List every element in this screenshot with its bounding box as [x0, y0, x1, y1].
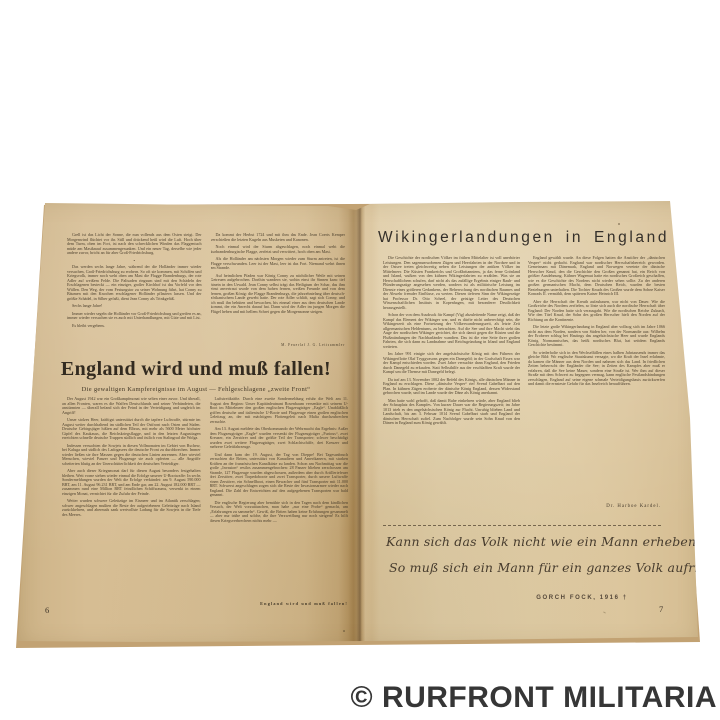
paragraph: Als die Holländer am nächsten Morgen wie… — [211, 257, 346, 271]
top-story: Grell ist das Licht der Sonne, die nun v… — [67, 233, 345, 349]
subtitle-england: Die gewaltigen Kampfereignisse im August… — [44, 386, 348, 393]
page-number-left: 6 — [45, 605, 49, 615]
paragraph: Im Jahre 991 einigte sich der angelsächs… — [383, 352, 520, 375]
wikinger-column-2: England gewählt wurde. An diese Folgen h… — [528, 256, 665, 500]
paragraph: Es bleibt vergebens. — [67, 324, 202, 329]
paragraph: Aber die Herrschaft der Kreuth aufzubaue… — [528, 300, 665, 323]
paragraph: Grell ist das Licht der Sonne, die nun v… — [67, 233, 202, 256]
england-column-1: Der August 1942 war ein Großkampfmonat w… — [62, 397, 201, 601]
paragraph: Indessen versuchten die Sowjets in diese… — [62, 444, 201, 467]
paper-speck — [603, 611, 606, 613]
paragraph: Die englische Regierung aber bemühte sic… — [210, 501, 349, 524]
center-fold — [348, 200, 372, 646]
paragraph: Schon der von dem Ausdruck für Kampf (Vi… — [383, 313, 520, 349]
paragraph: Und dann kam der 19. August, der Tag von… — [210, 453, 349, 498]
top-story-column-1: Grell ist das Licht der Sonne, die nun v… — [67, 233, 202, 349]
paragraph: Die letzte große Wikingerlandung in Engl… — [528, 325, 665, 348]
wikinger-author: Dr. Harboe Kardel. — [383, 504, 661, 509]
paragraph: Weiter wurden schwere Geleitzüge im Eism… — [62, 499, 201, 517]
paragraph: Da traf am 13. November 1002 der Befehl … — [383, 378, 520, 396]
headline-wikinger: Wikingerlandungen in England — [378, 229, 680, 247]
paragraph: Unser stolzes Heer, kräftigst unterstütz… — [62, 418, 201, 441]
paragraph: Die Geschichte der nordischen Völker im … — [383, 256, 520, 310]
paragraph: Das werden sechs lange Jahre, während de… — [67, 265, 202, 301]
paragraph: • — [67, 259, 202, 264]
paper-speck — [618, 223, 620, 225]
magazine-spread: Grell ist das Licht der Sonne, die nun v… — [18, 200, 700, 646]
paragraph: Noch einmal wird der Sturm abgeschlagen,… — [211, 245, 346, 254]
paragraph: Sechs lange Jahre! — [67, 304, 202, 309]
headline-england: England wird und muß fallen! — [44, 358, 348, 380]
watermark-text: © RURFRONT MILITARIA — [351, 681, 718, 715]
paragraph: Aber auch dieser Kriegsmonat darf für di… — [62, 469, 201, 496]
paper-speck — [343, 630, 345, 632]
page-number-right: 7 — [659, 604, 663, 614]
england-article-body: Der August 1942 war ein Großkampfmonat w… — [62, 397, 348, 601]
paragraph: Man hatte wohl gehofft, daß damit Ruhe e… — [383, 399, 520, 426]
quote-line-1: Kann sich das Volk nicht wie ein Mann er… — [386, 534, 700, 549]
paragraph: Da kommt der Herbst 1724 und mit ihm das… — [211, 233, 346, 242]
quote-line-2: So muß sich ein Mann für ein ganzes Volk… — [389, 560, 720, 575]
paragraph: Der August 1942 war ein Großkampfmonat w… — [62, 397, 201, 415]
paragraph: Immer wieder segeln die Holländer vor Gr… — [67, 312, 202, 321]
top-story-credit: M. Feuerlaf J. G. Lettsammler — [211, 343, 345, 347]
england-closing-line: England wird und muß fallen! — [62, 601, 348, 606]
photo-scene: Grell ist das Licht der Sonne, die nun v… — [0, 0, 720, 720]
paragraph: Luftstreitkräfte. Durch eine zweite Sond… — [210, 397, 349, 424]
paragraph: So wiederholte sich in den Wechselfällen… — [528, 351, 665, 387]
top-story-column-2: Da kommt der Herbst 1724 und mit ihm das… — [211, 233, 346, 349]
dashed-divider — [383, 525, 661, 526]
paragraph: England gewählt wurde. An diese Folgen h… — [528, 256, 665, 297]
quote-attribution: GORCH FOCK, 1916 † — [492, 595, 672, 601]
paragraph: Am 13. August meldete das Oberkommando d… — [210, 427, 349, 450]
paragraph: Auf heimlichen Pfaden war König Conny zu… — [211, 274, 346, 315]
wikinger-column-1: Die Geschichte der nordischen Völker im … — [383, 256, 520, 500]
wikinger-article-body: Die Geschichte der nordischen Völker im … — [383, 256, 665, 500]
england-column-2: Luftstreitkräfte. Durch eine zweite Sond… — [210, 397, 349, 601]
